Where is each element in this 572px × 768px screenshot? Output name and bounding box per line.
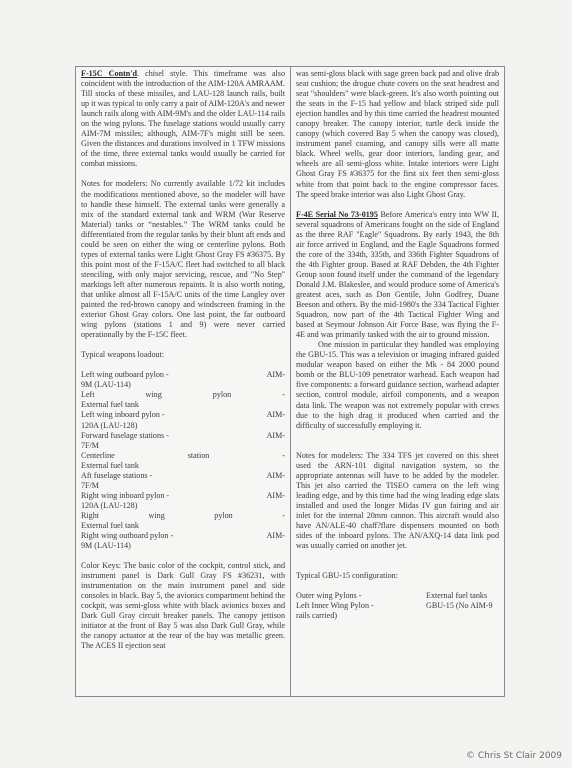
intro-paragraph: F-15C Contn'd. chisel style. This timefr… — [81, 69, 285, 169]
loadout-item: Forward fuselage stations -AIM- 7F/M — [81, 431, 285, 451]
left-column: F-15C Contn'd. chisel style. This timefr… — [76, 67, 291, 696]
loadout-item: Right wing inboard pylon -AIM- 120A (LAU… — [81, 491, 285, 511]
document-sheet: F-15C Contn'd. chisel style. This timefr… — [75, 66, 505, 697]
modeler-notes-paragraph: Notes for modelers: No currently availab… — [81, 179, 285, 340]
section-heading-f15c: F-15C Contn'd — [81, 69, 137, 78]
f4e-modeler-notes-paragraph: Notes for modelers: The 334 TFS jet cove… — [296, 451, 499, 551]
config-title: Typical GBU-15 configuration: — [296, 571, 499, 581]
right-column: was semi-gloss black with sage green bac… — [291, 67, 504, 696]
section-heading-f4e: F-4E Serial No 73-0195 — [296, 210, 378, 219]
loadout-item: Rightwingpylon- External fuel tank — [81, 511, 285, 531]
loadout-item: Left wing inboard pylon -AIM- 120A (LAU-… — [81, 410, 285, 430]
loadout-title: Typical weapons loadout: — [81, 350, 285, 360]
color-keys-paragraph: Color Keys: The basic color of the cockp… — [81, 561, 285, 651]
mission-paragraph: One mission in particular they handled w… — [296, 340, 499, 430]
config-item: Outer wing Pylons -External fuel tanks — [296, 591, 499, 601]
loadout-item: Aft fuselage stations -AIM- 7F/M — [81, 471, 285, 491]
loadout-item: Left wing outboard pylon -AIM- 9M (LAU-1… — [81, 370, 285, 390]
config-list: Outer wing Pylons -External fuel tanks L… — [296, 591, 499, 621]
config-item: rails carried) — [296, 611, 499, 621]
loadout-item: Centerlinestation- External fuel tank — [81, 451, 285, 471]
loadout-list: Left wing outboard pylon -AIM- 9M (LAU-1… — [81, 370, 285, 551]
config-item: Left Inner Wing Pylon -GBU-15 (No AIM-9 — [296, 601, 499, 611]
continued-paragraph: was semi-gloss black with sage green bac… — [296, 69, 499, 200]
f4e-history-paragraph: F-4E Serial No 73-0195 Before America's … — [296, 210, 499, 341]
loadout-item: Leftwingpylon- External fuel tank — [81, 390, 285, 410]
copyright-watermark: © Chris St Clair 2009 — [466, 751, 562, 761]
loadout-item: Right wing outboard pylon -AIM- 9M (LAU-… — [81, 531, 285, 551]
